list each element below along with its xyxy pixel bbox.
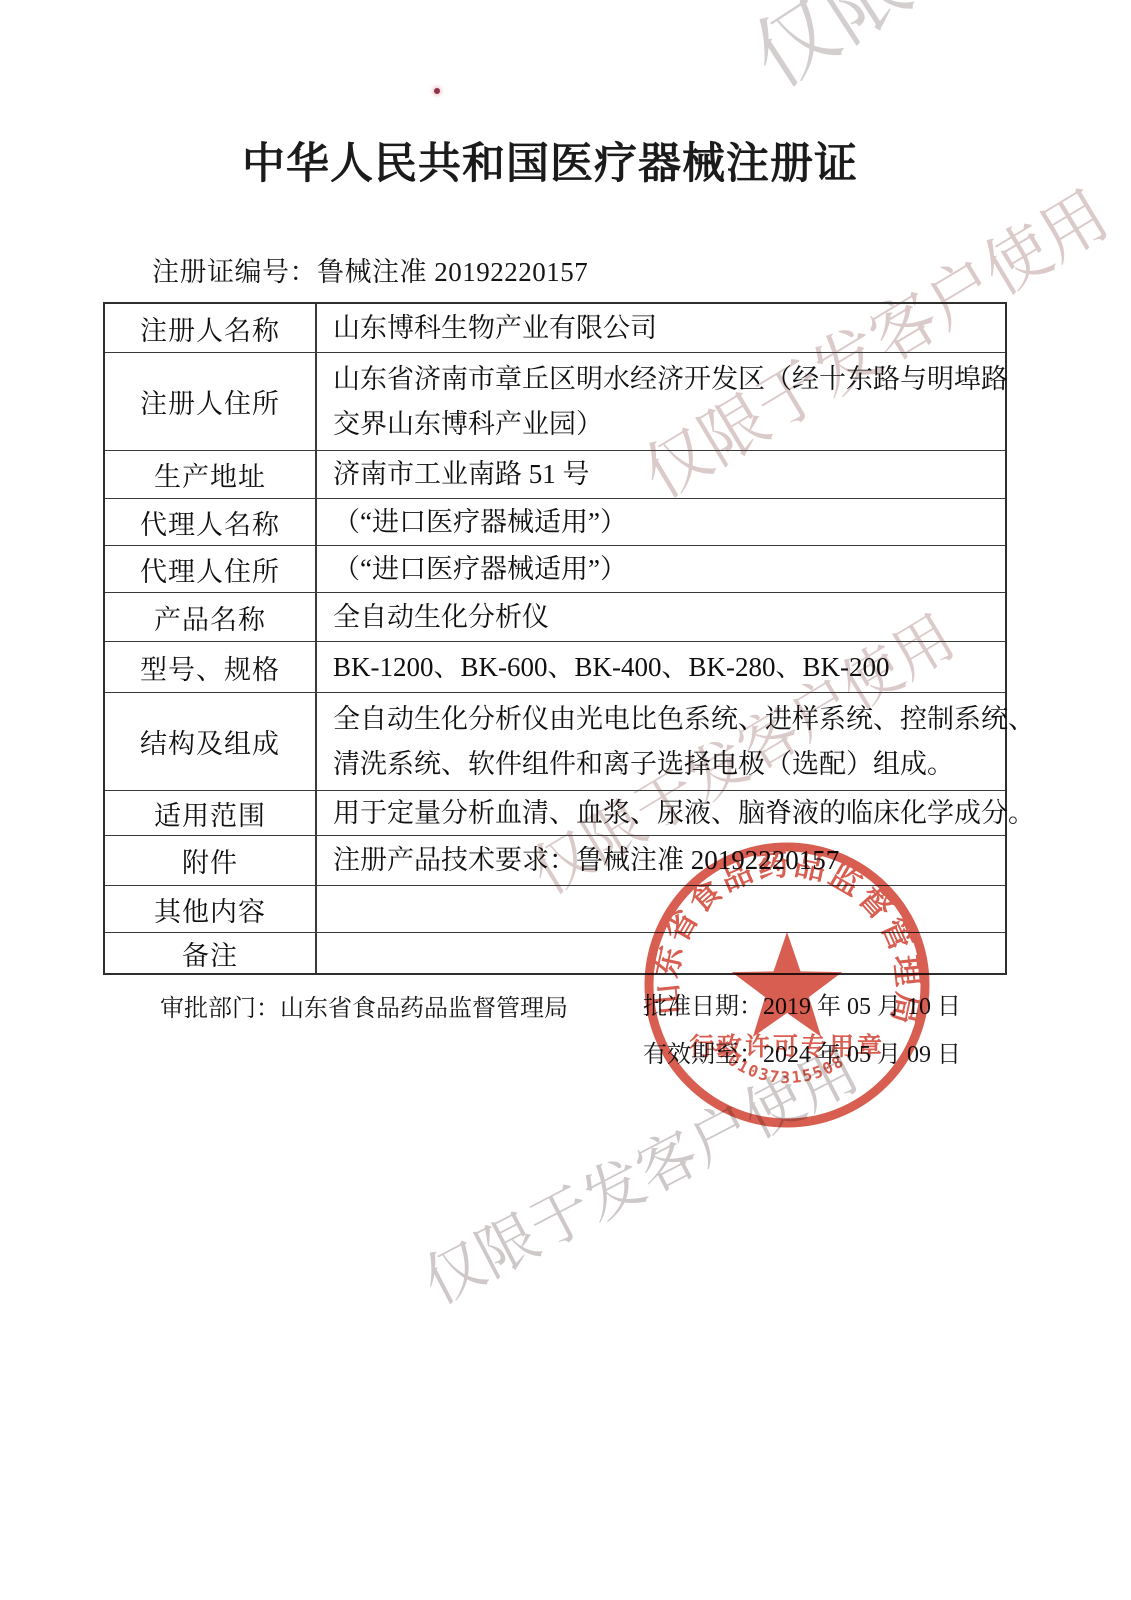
row-value-line: 用于定量分析血清、血浆、尿液、脑脊液的临床化学成分。 xyxy=(333,791,1035,836)
official-seal: 山东省食品药品监督管理局 行政许可专用章 3701037315508 xyxy=(637,835,937,1135)
row-value-line: BK-1200、BK-600、BK-400、BK-280、BK-200 xyxy=(333,645,997,690)
row-value-line: 全自动生化分析仪 xyxy=(333,595,997,640)
scan-artifact-dot xyxy=(434,88,440,94)
row-value-line: 山东博科生物产业有限公司 xyxy=(333,306,997,351)
row-value: 山东省济南市章丘区明水经济开发区（经十东路与明埠路 交界山东博科产业园） xyxy=(317,353,1016,450)
row-value-line: 交界山东博科产业园） xyxy=(333,402,1008,447)
table-row: 生产地址 济南市工业南路 51 号 xyxy=(105,450,1005,498)
row-value-line: （“进口医疗器械适用”） xyxy=(333,500,997,545)
row-label: 结构及组成 xyxy=(105,693,317,790)
registration-number: 注册证编号：鲁械注准 20192220157 xyxy=(152,250,588,289)
row-label: 其他内容 xyxy=(105,886,317,932)
table-row: 产品名称 全自动生化分析仪 xyxy=(105,592,1005,641)
row-value: （“进口医疗器械适用”） xyxy=(317,546,1005,592)
row-value: 用于定量分析血清、血浆、尿液、脑脊液的临床化学成分。 xyxy=(317,791,1043,835)
row-value-line: 山东省济南市章丘区明水经济开发区（经十东路与明埠路 xyxy=(333,357,1008,402)
row-value: 济南市工业南路 51 号 xyxy=(317,451,1005,498)
table-row: 代理人名称 （“进口医疗器械适用”） xyxy=(105,498,1005,545)
table-row: 结构及组成 全自动生化分析仪由光电比色系统、进样系统、控制系统、 清洗系统、软件… xyxy=(105,692,1005,790)
row-label: 适用范围 xyxy=(105,791,317,835)
row-value-line: 全自动生化分析仪由光电比色系统、进样系统、控制系统、 xyxy=(333,697,1035,742)
row-value-line: （“进口医疗器械适用”） xyxy=(333,547,997,592)
row-label: 型号、规格 xyxy=(105,642,317,692)
row-label: 代理人住所 xyxy=(105,546,317,592)
row-label: 注册人住所 xyxy=(105,353,317,450)
row-label: 备注 xyxy=(105,933,317,973)
row-value: 全自动生化分析仪 xyxy=(317,593,1005,641)
row-label: 附件 xyxy=(105,836,317,885)
page-title: 中华人民共和国医疗器械注册证 xyxy=(0,130,1100,191)
table-row: 型号、规格 BK-1200、BK-600、BK-400、BK-280、BK-20… xyxy=(105,641,1005,692)
table-row: 适用范围 用于定量分析血清、血浆、尿液、脑脊液的临床化学成分。 xyxy=(105,790,1005,835)
approval-department: 审批部门：山东省食品药品监督管理局 xyxy=(160,988,568,1023)
row-label: 注册人名称 xyxy=(105,304,317,352)
row-value: （“进口医疗器械适用”） xyxy=(317,499,1005,545)
table-row: 注册人名称 山东博科生物产业有限公司 xyxy=(105,304,1005,352)
row-value-line: 济南市工业南路 51 号 xyxy=(333,452,997,497)
seal-star xyxy=(732,932,842,1037)
table-row: 注册人住所 山东省济南市章丘区明水经济开发区（经十东路与明埠路 交界山东博科产业… xyxy=(105,352,1005,450)
row-label: 生产地址 xyxy=(105,451,317,498)
row-value: BK-1200、BK-600、BK-400、BK-280、BK-200 xyxy=(317,642,1005,692)
table-row: 代理人住所 （“进口医疗器械适用”） xyxy=(105,545,1005,592)
watermark-text: 仅限于发客户使用 xyxy=(726,0,1131,110)
row-value-line: 清洗系统、软件组件和离子选择电极（选配）组成。 xyxy=(333,742,1035,787)
row-label: 产品名称 xyxy=(105,593,317,641)
row-label: 代理人名称 xyxy=(105,499,317,545)
row-value: 全自动生化分析仪由光电比色系统、进样系统、控制系统、 清洗系统、软件组件和离子选… xyxy=(317,693,1043,790)
row-value: 山东博科生物产业有限公司 xyxy=(317,304,1005,352)
